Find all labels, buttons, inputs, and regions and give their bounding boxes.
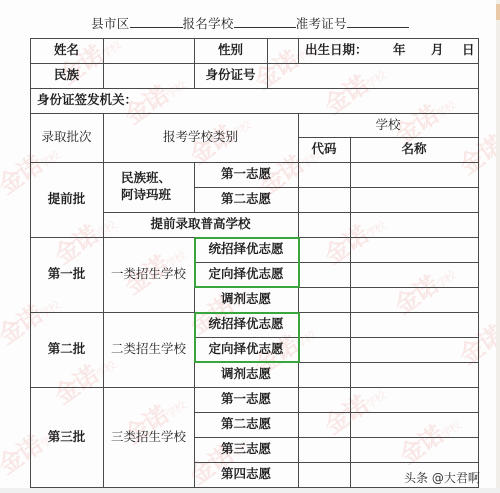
batch-column-header: 录取批次 xyxy=(30,113,103,162)
choice-label: 定向择优志愿 xyxy=(194,337,298,362)
grid-line xyxy=(478,38,479,488)
id-issuer-field[interactable]: 身份证签发机关： xyxy=(30,88,478,113)
exam-id-field[interactable] xyxy=(347,14,409,28)
school-code-field[interactable] xyxy=(298,437,350,462)
choice-label: 第四志愿 xyxy=(194,462,298,487)
county-field[interactable] xyxy=(130,14,183,28)
ethnicity-label: 民族 xyxy=(30,63,103,88)
category-class-two: 二类招生学校 xyxy=(103,312,194,387)
category-early-admission: 提前录取普高学校 xyxy=(103,212,298,237)
registration-school-label: 报名学校 xyxy=(183,16,234,31)
batch-early: 提前批 xyxy=(30,162,103,237)
school-column-header: 学校 xyxy=(298,113,478,137)
school-name-field[interactable] xyxy=(350,212,478,237)
school-name-field[interactable] xyxy=(350,412,478,437)
name-field[interactable] xyxy=(103,38,194,63)
school-code-field[interactable] xyxy=(298,387,350,412)
school-name-field[interactable] xyxy=(350,237,478,262)
day-label: 日 xyxy=(462,42,475,59)
author-credit: 头条 @大君啊 xyxy=(404,469,480,486)
gender-field[interactable] xyxy=(267,38,298,63)
choice-label: 第一志愿 xyxy=(194,387,298,412)
school-code-field[interactable] xyxy=(298,187,350,212)
name-column-header: 名称 xyxy=(350,137,478,162)
school-name-field[interactable] xyxy=(350,262,478,287)
name-label: 姓名 xyxy=(30,38,103,63)
school-code-field[interactable] xyxy=(298,287,350,312)
choice-label: 第一志愿 xyxy=(194,162,298,187)
form-header: 县市区报名学校准考证号 xyxy=(0,14,500,34)
form-page: 金诺学校 金诺学校 金诺学校 金诺学校 金诺学校 金诺学校 金诺学校 金诺学校 … xyxy=(0,0,500,493)
page-edge-tab xyxy=(496,4,500,20)
category-class-one: 一类招生学校 xyxy=(103,237,194,312)
school-code-field[interactable] xyxy=(298,362,350,387)
batch-third: 第三批 xyxy=(30,387,103,487)
page-edge xyxy=(496,0,500,493)
birth-date-field[interactable]: 出生日期： 年 月 日 xyxy=(298,38,478,63)
ethnicity-field[interactable] xyxy=(103,63,194,88)
school-name-field[interactable] xyxy=(350,437,478,462)
gender-label: 性别 xyxy=(194,38,267,63)
year-label: 年 xyxy=(393,42,406,59)
exam-id-label: 准考证号 xyxy=(296,16,347,31)
school-code-field[interactable] xyxy=(298,337,350,362)
school-name-field[interactable] xyxy=(350,337,478,362)
category-ethnic-ashima: 民族班、 阿诗玛班 xyxy=(103,162,194,212)
school-code-field[interactable] xyxy=(298,237,350,262)
category-line: 民族班、 xyxy=(121,170,171,187)
school-code-field[interactable] xyxy=(298,262,350,287)
month-label: 月 xyxy=(431,42,444,59)
school-name-field[interactable] xyxy=(350,162,478,187)
school-code-field[interactable] xyxy=(298,162,350,187)
choice-label: 第二志愿 xyxy=(194,187,298,212)
school-code-field[interactable] xyxy=(298,412,350,437)
school-name-field[interactable] xyxy=(350,187,478,212)
choice-label: 调剂志愿 xyxy=(194,287,298,312)
school-code-field[interactable] xyxy=(298,212,350,237)
county-label: 县市区 xyxy=(91,16,129,31)
school-name-field[interactable] xyxy=(350,387,478,412)
school-code-field[interactable] xyxy=(298,312,350,337)
id-issuer-label: 身份证签发机关： xyxy=(37,92,137,109)
page-bottom-edge xyxy=(0,488,500,493)
choice-label: 第二志愿 xyxy=(194,412,298,437)
choice-label: 统招择优志愿 xyxy=(194,237,298,262)
choice-label: 第三志愿 xyxy=(194,437,298,462)
batch-second: 第二批 xyxy=(30,312,103,387)
id-number-label: 身份证号 xyxy=(194,63,267,88)
registration-school-field[interactable] xyxy=(234,14,296,28)
id-number-field[interactable] xyxy=(267,63,478,88)
school-name-field[interactable] xyxy=(350,312,478,337)
birth-date-label: 出生日期： xyxy=(305,42,368,59)
school-code-field[interactable] xyxy=(298,462,350,487)
category-line: 阿诗玛班 xyxy=(121,187,171,204)
batch-first: 第一批 xyxy=(30,237,103,312)
category-class-three: 三类招生学校 xyxy=(103,387,194,487)
choice-label: 调剂志愿 xyxy=(194,362,298,387)
category-column-header: 报考学校类别 xyxy=(103,113,298,162)
code-column-header: 代码 xyxy=(298,137,350,162)
school-name-field[interactable] xyxy=(350,362,478,387)
choice-label: 定向择优志愿 xyxy=(194,262,298,287)
school-name-field[interactable] xyxy=(350,287,478,312)
choice-label: 统招择优志愿 xyxy=(194,312,298,337)
